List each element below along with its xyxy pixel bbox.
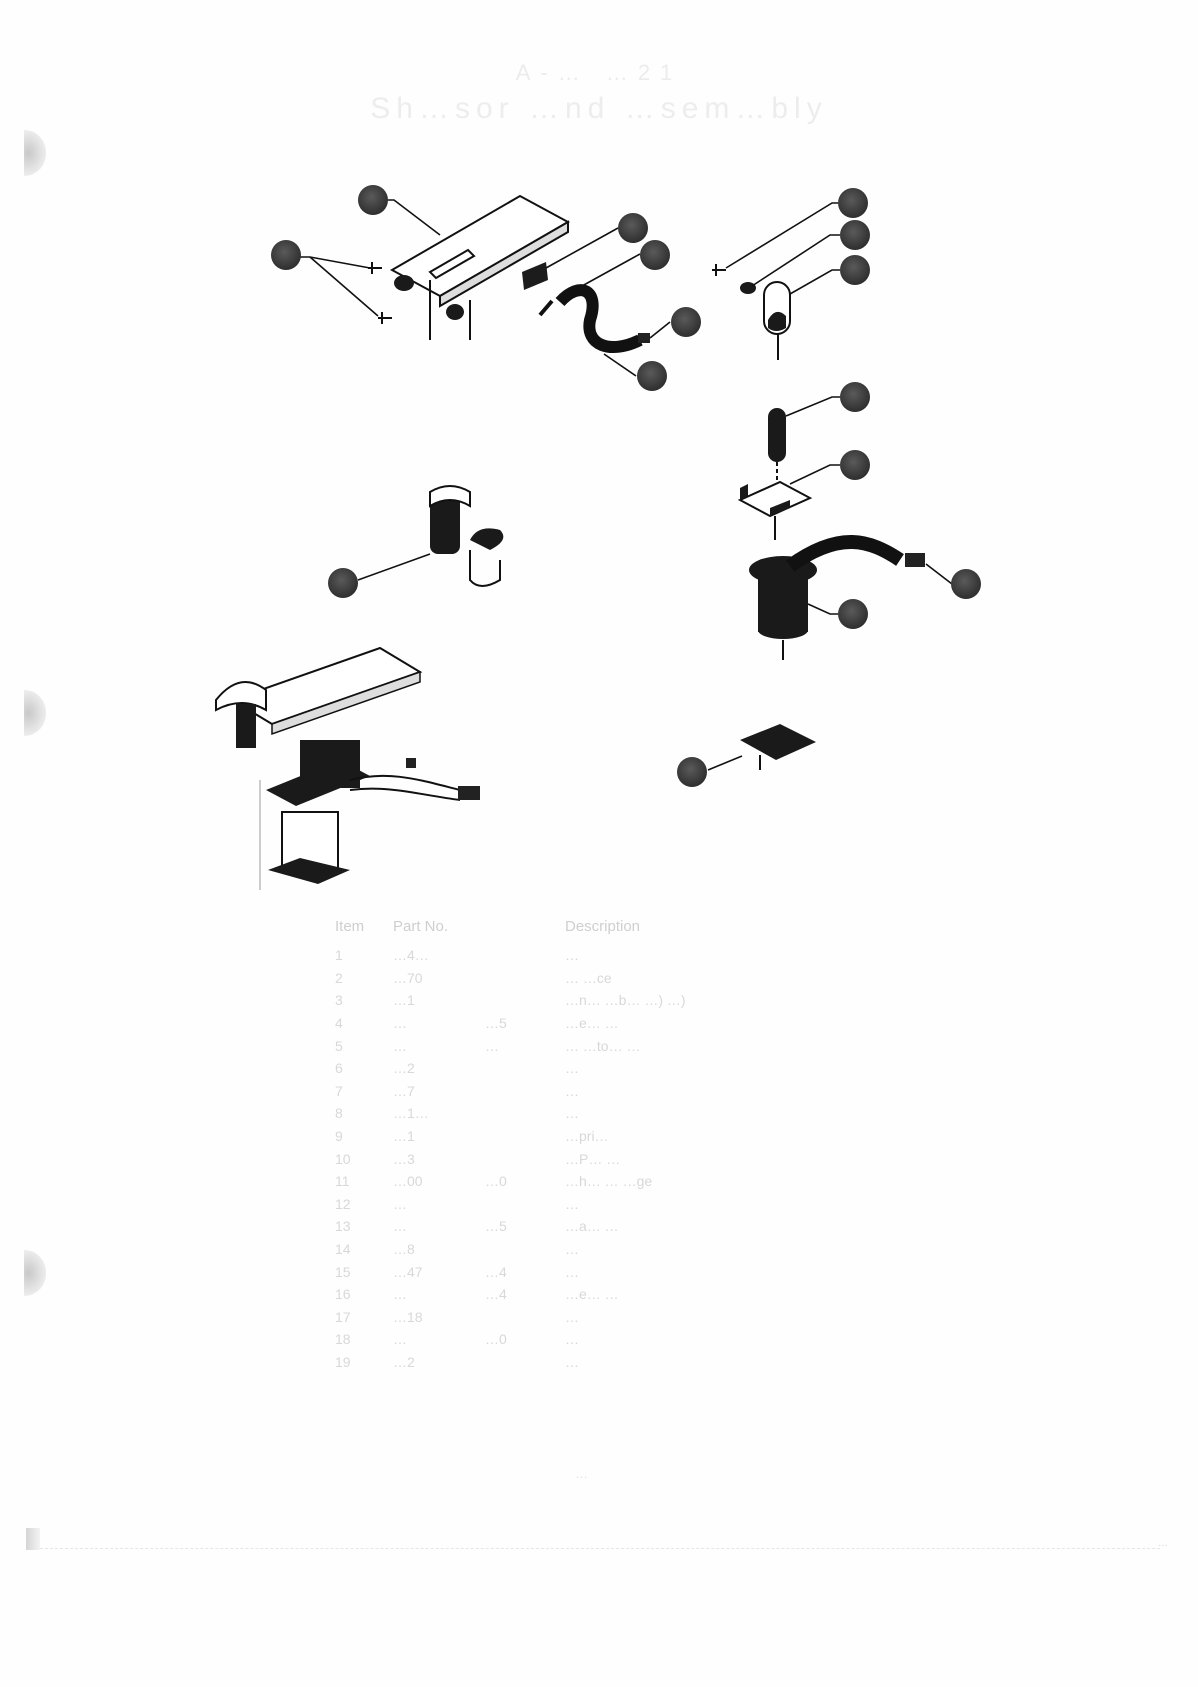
row-item: 17 [335,1309,393,1325]
table-row: 3…1…n… …b… …) …) [335,989,855,1012]
row-item: 18 [335,1331,393,1347]
footer-note: … [1158,1538,1168,1549]
table-row: 13……5…a… … [335,1215,855,1238]
row-description: … [565,1060,855,1076]
callout-marker [618,213,648,243]
row-description: …n… …b… …) …) [565,992,855,1008]
row-item: 8 [335,1105,393,1121]
callout-marker [838,188,868,218]
row-part-number: …4… [393,947,485,963]
row-part-number: …47 [393,1264,485,1280]
table-row: 1…4…… [335,944,855,967]
row-description: …e… … [565,1015,855,1031]
row-part-number: …18 [393,1309,485,1325]
row-item: 10 [335,1151,393,1167]
row-rev: …5 [485,1218,565,1234]
callout-marker [840,255,870,285]
parts-table: Item Part No. Description 1…4……2…70… …ce… [335,918,855,1373]
row-rev: … [485,1038,565,1054]
assembled-view [216,648,480,890]
callout-marker [840,220,870,250]
row-item: 11 [335,1173,393,1189]
row-item: 1 [335,947,393,963]
callout-marker [328,568,358,598]
table-row: 12…… [335,1193,855,1216]
row-item: 16 [335,1286,393,1302]
page-number: … [575,1466,588,1481]
row-item: 2 [335,970,393,986]
row-part-number: …7 [393,1083,485,1099]
header-part-number: Part No. [393,918,485,944]
row-item: 12 [335,1196,393,1212]
table-row: 4……5…e… … [335,1012,855,1035]
table-row: 8…1…… [335,1102,855,1125]
row-part-number: …1 [393,1128,485,1144]
row-description: … [565,1241,855,1257]
row-part-number: … [393,1038,485,1054]
row-description: … [565,1083,855,1099]
callout-marker [840,382,870,412]
row-description: …P… … [565,1151,855,1167]
row-rev: …5 [485,1015,565,1031]
callout-marker [671,307,701,337]
row-rev: …4 [485,1286,565,1302]
header-rev [485,918,565,944]
row-description: …e… … [565,1286,855,1302]
row-item: 9 [335,1128,393,1144]
row-item: 13 [335,1218,393,1234]
table-row: 5……… …to… … [335,1034,855,1057]
row-part-number: … [393,1286,485,1302]
table-row: 2…70… …ce [335,967,855,990]
row-rev: …0 [485,1331,565,1347]
table-row: 15…47…4… [335,1260,855,1283]
scan-artifact [26,1528,40,1550]
callout-marker [271,240,301,270]
table-row: 10…3…P… … [335,1147,855,1170]
row-description: …a… … [565,1218,855,1234]
table-row: 9…1…pri… [335,1125,855,1148]
row-part-number: …1… [393,1105,485,1121]
exploded-view-diagram [0,0,1198,900]
table-row: 6…2… [335,1057,855,1080]
footer-divider [40,1548,1160,1549]
punch-hole-mark [24,1250,46,1296]
row-rev: …0 [485,1173,565,1189]
table-row: 19…2… [335,1351,855,1374]
row-description: … [565,1196,855,1212]
header-description: Description [565,918,855,944]
callout-marker [640,240,670,270]
header-item: Item [335,918,393,944]
table-row: 11…00…0…h… … …ge [335,1170,855,1193]
row-rev: …4 [485,1264,565,1280]
row-description: … [565,1331,855,1347]
row-description: … [565,1354,855,1370]
table-row: 7…7… [335,1080,855,1103]
row-part-number: … [393,1196,485,1212]
scanned-page: A-… …21 Sh…sor …nd …sem…bly [0,0,1198,1687]
row-description: … [565,1264,855,1280]
row-item: 4 [335,1015,393,1031]
row-part-number: …00 [393,1173,485,1189]
row-item: 3 [335,992,393,1008]
callout-marker [637,361,667,391]
callout-marker [358,185,388,215]
table-row: 16……4…e… … [335,1283,855,1306]
row-description: …h… … …ge [565,1173,855,1189]
callout-marker [840,450,870,480]
row-description: … …to… … [565,1038,855,1054]
row-description: … [565,947,855,963]
parts-table-header: Item Part No. Description [335,918,855,944]
callout-marker [677,757,707,787]
callout-marker [951,569,981,599]
table-row: 17…18… [335,1306,855,1329]
row-description: …pri… [565,1128,855,1144]
row-part-number: … [393,1331,485,1347]
row-part-number: …2 [393,1060,485,1076]
row-description: … [565,1309,855,1325]
table-row: 14…8… [335,1238,855,1261]
row-item: 5 [335,1038,393,1054]
row-description: … …ce [565,970,855,986]
table-row: 18……0… [335,1328,855,1351]
row-part-number: …70 [393,970,485,986]
callout-marker [838,599,868,629]
row-description: … [565,1105,855,1121]
row-part-number: …1 [393,992,485,1008]
row-part-number: … [393,1218,485,1234]
row-part-number: … [393,1015,485,1031]
parts-table-body: 1…4……2…70… …ce3…1…n… …b… …) …)4……5…e… …5… [335,944,855,1373]
row-part-number: …8 [393,1241,485,1257]
row-part-number: …3 [393,1151,485,1167]
row-part-number: …2 [393,1354,485,1370]
row-item: 19 [335,1354,393,1370]
row-item: 14 [335,1241,393,1257]
row-item: 7 [335,1083,393,1099]
row-item: 6 [335,1060,393,1076]
row-item: 15 [335,1264,393,1280]
